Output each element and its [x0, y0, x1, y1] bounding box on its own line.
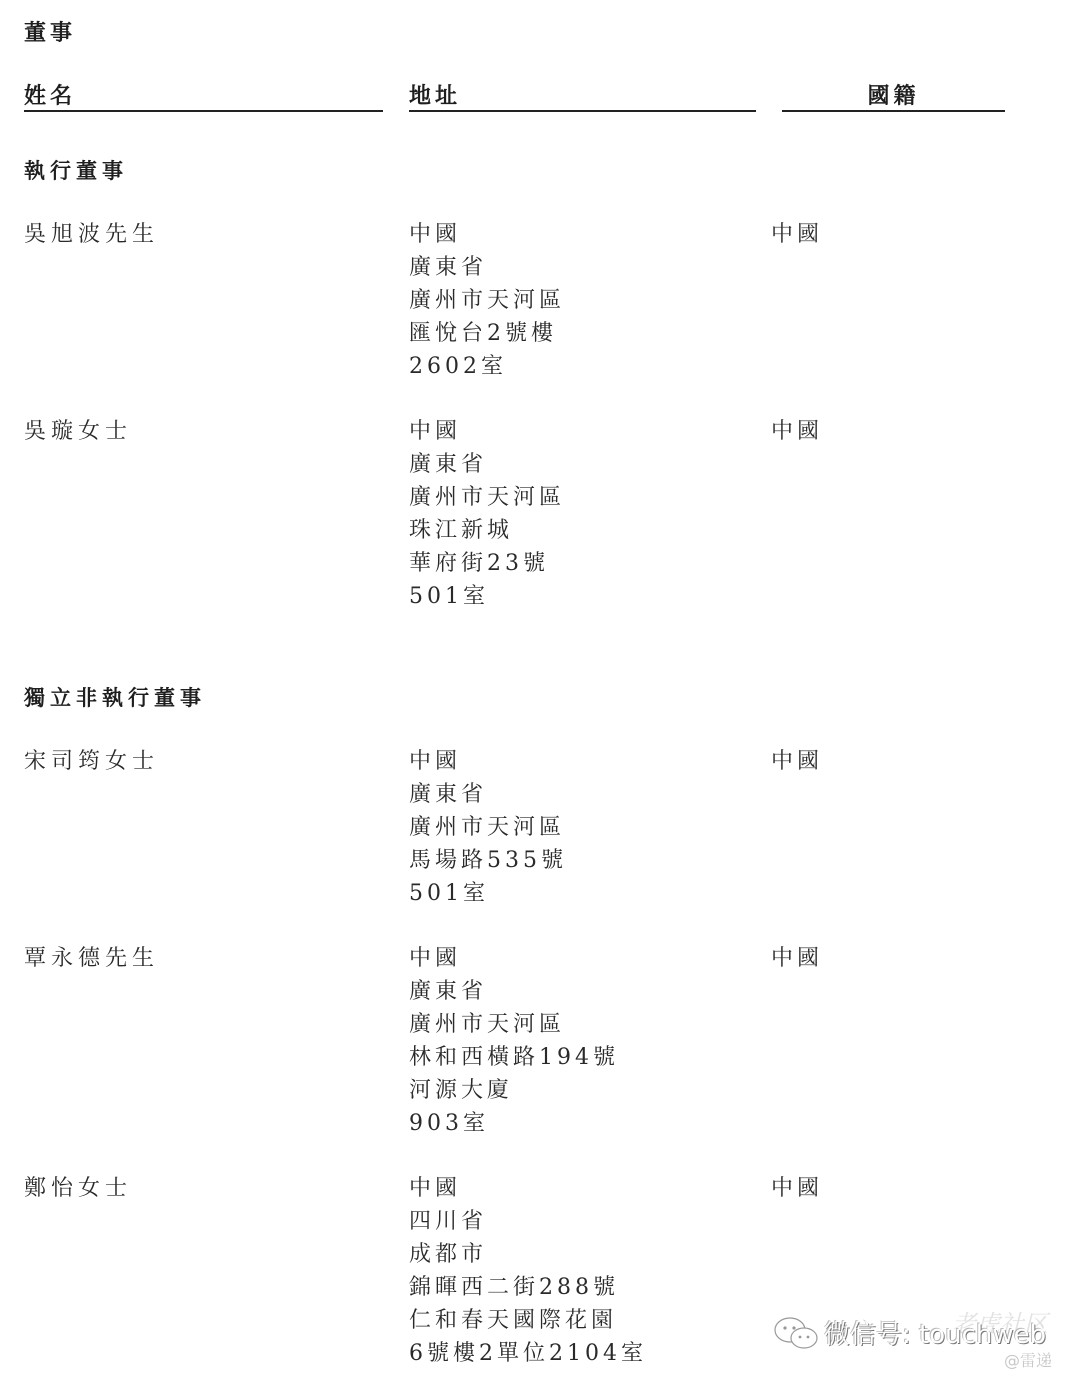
address-line: 中國 — [409, 942, 619, 975]
watermark-brand: 老虎社区 — [952, 1304, 1048, 1339]
column-header-address: 地址 — [409, 82, 756, 112]
watermark-wechat-id: 微信号: touchweb — [824, 1314, 1046, 1351]
address-line: 匯悅台2號樓 — [409, 317, 565, 350]
director-address: 中國 廣東省 廣州市天河區 珠江新城 華府街23號 501室 — [409, 415, 565, 613]
watermark-source: @雷递 — [1004, 1348, 1052, 1371]
wechat-icon — [772, 1314, 822, 1358]
director-address: 中國 四川省 成都市 錦暉西二街288號 仁和春天國際花園 6號樓2單位2104… — [409, 1172, 647, 1370]
director-name: 吳旭波先生 — [24, 218, 159, 251]
address-line: 廣州市天河區 — [409, 481, 565, 514]
address-line: 成都市 — [409, 1238, 647, 1271]
watermark: 老虎社区 微信号: touchweb @雷递 — [772, 1300, 1072, 1380]
column-header-name: 姓名 — [24, 82, 383, 112]
address-line: 廣東省 — [409, 778, 567, 811]
director-address: 中國 廣東省 廣州市天河區 林和西橫路194號 河源大廈 903室 — [409, 942, 619, 1140]
director-address: 中國 廣東省 廣州市天河區 馬場路535號 501室 — [409, 745, 567, 910]
director-nationality: 中國 — [771, 942, 823, 975]
address-line: 廣東省 — [409, 251, 565, 284]
director-address: 中國 廣東省 廣州市天河區 匯悅台2號樓 2602室 — [409, 218, 565, 383]
address-line: 501室 — [409, 877, 567, 910]
address-line: 2602室 — [409, 350, 565, 383]
address-line: 中國 — [409, 218, 565, 251]
section-heading-independent: 獨立非執行董事 — [24, 682, 206, 712]
address-line: 林和西橫路194號 — [409, 1041, 619, 1074]
director-nationality: 中國 — [771, 745, 823, 778]
address-line: 四川省 — [409, 1205, 647, 1238]
address-line: 中國 — [409, 1172, 647, 1205]
director-name: 覃永德先生 — [24, 942, 159, 975]
director-name: 吳璇女士 — [24, 415, 132, 448]
address-line: 廣州市天河區 — [409, 284, 565, 317]
address-line: 903室 — [409, 1107, 619, 1140]
address-line: 廣州市天河區 — [409, 811, 567, 844]
address-line: 馬場路535號 — [409, 844, 567, 877]
address-line: 華府街23號 — [409, 547, 565, 580]
director-nationality: 中國 — [771, 1172, 823, 1205]
address-line: 廣東省 — [409, 448, 565, 481]
address-line: 仁和春天國際花園 — [409, 1304, 647, 1337]
director-nationality: 中國 — [771, 218, 823, 251]
address-line: 珠江新城 — [409, 514, 565, 547]
address-line: 廣東省 — [409, 975, 619, 1008]
director-nationality: 中國 — [771, 415, 823, 448]
section-heading-executive: 執行董事 — [24, 155, 128, 185]
address-line: 河源大廈 — [409, 1074, 619, 1107]
director-name: 鄭怡女士 — [24, 1172, 132, 1205]
address-line: 中國 — [409, 415, 565, 448]
address-line: 501室 — [409, 580, 565, 613]
column-header-nationality: 國籍 — [782, 82, 1005, 112]
address-line: 6號樓2單位2104室 — [409, 1337, 647, 1370]
director-name: 宋司筠女士 — [24, 745, 159, 778]
address-line: 廣州市天河區 — [409, 1008, 619, 1041]
address-line: 中國 — [409, 745, 567, 778]
page-title: 董事 — [24, 16, 76, 47]
address-line: 錦暉西二街288號 — [409, 1271, 647, 1304]
